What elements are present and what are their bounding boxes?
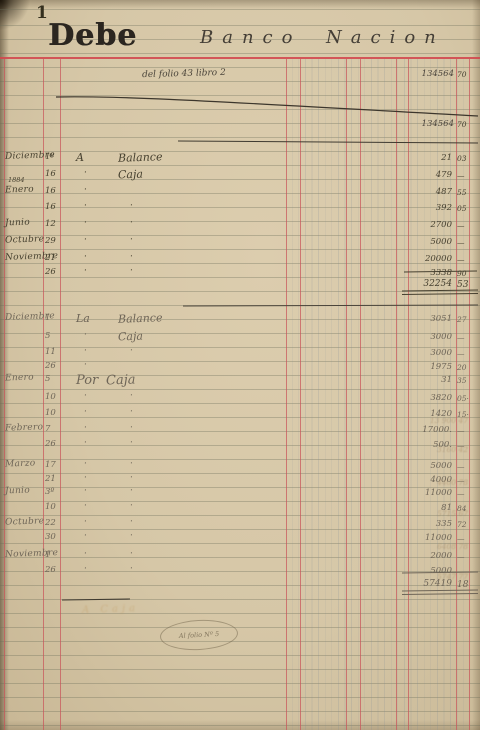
entry-amount-cents: 03 [457,154,467,163]
entry-amount-cents: — [457,238,465,247]
entry-year: 1884 [8,176,25,184]
entry-day: 21 [45,253,56,263]
entry-amount-cents: — [457,426,465,435]
entry-desc: · [84,486,87,496]
entry-desc: · [130,459,133,469]
entry-desc: · [84,330,87,340]
folio-reference-text: Al folio Nº 5 [179,630,220,640]
ghost-amount: 13 900 47 [390,416,468,425]
entry-day: 10 [45,408,56,418]
entry-desc: · [84,531,87,541]
entry-amount-pesos: 21 [392,153,452,163]
entry-desc: · [130,218,133,228]
entry-desc: · [84,564,87,574]
entry-day: 12 [45,219,56,229]
entry-desc: · [84,201,87,211]
entry-month: Octubre [5,234,45,245]
red-vertical-rule [60,59,61,730]
ghost-amount: 5747 77 [390,572,468,581]
entry-day: 11 [45,347,56,357]
entry-amount-pesos: 1975 [392,362,452,372]
entry-day: 5 [45,374,50,384]
entry-desc: · [130,517,133,527]
entry-desc: · [84,360,87,370]
page-number: 1 [36,3,48,23]
entry-amount-cents: 20 [457,363,467,372]
entry-desc: La [76,312,90,325]
entry-day: 26 [45,267,56,277]
entry-desc: · [84,168,87,178]
entry-desc: · [84,517,87,527]
red-vertical-rule [286,59,287,730]
entry-desc: Caja [118,330,143,344]
entry-amount-cents: — [457,333,465,342]
entry-amount-cents: 05 [457,204,467,213]
entry-amount-pesos: 335 [392,519,452,529]
entry-day: 7 [45,424,50,434]
entry-amount-cents: — [457,489,465,498]
entry-amount-cents: 05· [457,394,469,403]
entry-amount-pesos: 392 [392,203,452,213]
entry-amount-pesos: 31 [392,375,452,385]
entry-day: 26 [45,439,56,449]
entry-desc: · [84,459,87,469]
folio-reference-oval: Al folio Nº 5 [159,618,238,652]
entry-day: 16 [45,202,56,212]
entry-desc: A [76,151,84,164]
entry-amount-pesos: 5000 [392,237,452,247]
faded-ghost-note: A Caja [82,603,139,616]
entry-day: 17 [45,460,56,470]
entry-desc: · [84,235,87,245]
account-title-word2: Nacion [326,27,445,48]
entry-amount-pesos: 479 [392,170,452,180]
entry-desc: · [84,346,87,356]
section-total-pesos: 32254 [390,279,452,289]
entry-desc: · [84,218,87,228]
section-total-cents: 53 [457,280,468,290]
entry-desc: · [130,201,133,211]
entry-day: 3º [45,487,54,497]
entry-desc: Balance [118,311,163,326]
entry-amount-cents: 72 [457,520,467,529]
entry-amount-cents: 55 [457,188,467,197]
ghost-amount: 6408 78 [390,542,468,551]
entry-month: Marzo [5,458,36,469]
red-vertical-rule [469,59,470,730]
entry-month: Febrero [5,422,44,433]
ledger-page: 1 Debe Banco Nacion del folio 43 libro 2… [0,0,480,730]
carry-forward-note: del folio 43 libro 2 [142,68,226,80]
entry-desc: Balance [118,150,163,165]
entry-desc: Caja [118,168,143,182]
entry-day: 21 [45,474,56,484]
entry-desc: Por [76,373,98,388]
entry-desc: · [84,549,87,559]
entry-desc: · [130,486,133,496]
entry-desc: · [84,185,87,195]
entry-day: 5 [45,331,50,341]
entry-amount-cents: — [457,552,465,561]
entry-desc: · [84,473,87,483]
header-red-rule [0,57,480,59]
entry-desc: · [130,235,133,245]
entry-desc: · [84,423,87,433]
red-vertical-rule [346,59,347,730]
entry-amount-pesos: 3051 [392,314,452,324]
entry-day: 1º [45,152,54,162]
entry-amount-cents: 27 [457,315,467,324]
entry-amount-cents: — [457,462,465,471]
entry-desc: · [84,266,87,276]
entry-day: 30 [45,532,56,542]
entry-month: Octubre [5,516,45,527]
entry-desc: · [84,501,87,511]
entry-month: Enero [5,372,34,383]
red-vertical-rule [300,59,301,730]
entry-amount-cents: — [457,255,465,264]
carry-amount-below-pesos: 134564 [392,119,454,129]
entry-desc: · [130,531,133,541]
section-total-cents: 18 [457,580,468,590]
entry-day: 29 [45,236,56,246]
entry-amount-cents: 90 [457,269,467,278]
entry-amount-pesos: 3000 [392,348,452,358]
ghost-amount: 5715 67 [390,509,468,518]
entry-amount-pesos: 3338 [392,268,452,278]
page-title-debe: Debe [48,18,137,53]
entry-desc: · [130,407,133,417]
carry-amount-top-pesos: 134564 [392,69,454,79]
entry-amount-cents: 35 [457,376,467,385]
entry-desc: · [130,391,133,401]
entry-month: Enero [5,184,34,195]
entry-desc: · [130,423,133,433]
entry-desc: · [84,391,87,401]
entry-month: Junio [5,486,30,497]
entry-desc: Caja [106,372,136,388]
entry-day: 26 [45,565,56,575]
entry-amount-pesos: 3820 [392,393,452,403]
red-vertical-rule [360,59,361,730]
ghost-amount: 4400 78 [390,478,468,487]
entry-amount-pesos: 5000 [392,461,452,471]
entry-desc: · [84,407,87,417]
entry-day: 1 [45,550,50,560]
account-title-word1: Banco [200,27,301,48]
entry-desc: · [130,252,133,262]
entry-desc: · [130,438,133,448]
ghost-amount: 3160 42 [390,445,468,454]
carry-amount-top-cents: 70 [457,70,467,79]
entry-amount-pesos: 3000 [392,332,452,342]
entry-desc: · [130,473,133,483]
entry-day: 16 [45,169,56,179]
entry-desc: · [130,346,133,356]
entry-amount-pesos: 2000 [392,551,452,561]
entry-desc: · [130,549,133,559]
entry-amount-cents: — [457,221,465,230]
entry-amount-pesos: 17000. [392,425,452,435]
entry-desc: · [130,564,133,574]
entry-day: 10 [45,502,56,512]
entry-amount-pesos: 487 [392,187,452,197]
entry-amount-cents: — [457,349,465,358]
entry-amount-pesos: 2700 [392,220,452,230]
entry-day: 22 [45,518,56,528]
entry-amount-cents: — [457,171,465,180]
entry-desc: · [84,252,87,262]
entry-desc: · [130,501,133,511]
entry-desc: · [130,266,133,276]
entry-day: 1 [45,313,50,323]
carry-amount-below-cents: 70 [457,120,467,129]
entry-month: Junio [5,218,30,229]
entry-desc: · [84,438,87,448]
entry-day: 16 [45,186,56,196]
entry-day: 10 [45,392,56,402]
entry-amount-pesos: 11000 [392,488,452,498]
entry-day: 26 [45,361,56,371]
entry-amount-pesos: 20000 [392,254,452,264]
